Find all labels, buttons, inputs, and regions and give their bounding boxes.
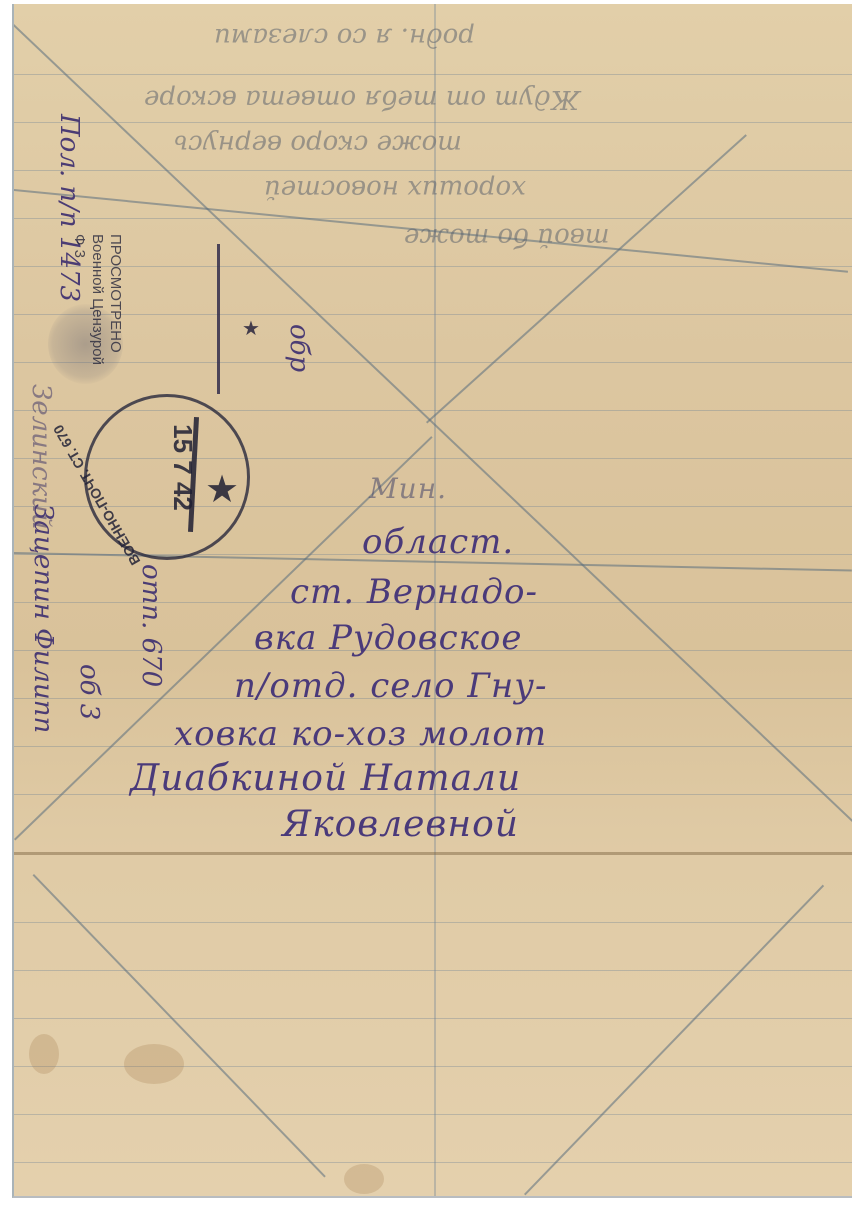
censor-stamp: ПРОСМОТРЕНО Военной Цензурой Ф 3 xyxy=(70,234,124,365)
letter-line: родн. я со слезами xyxy=(214,22,475,52)
censor-stamp-line: Военной Цензурой xyxy=(88,234,106,365)
ruled-line xyxy=(14,218,852,219)
ruled-line xyxy=(14,266,852,267)
letter-line: Ждут от тебя ответа вскоре xyxy=(144,84,580,114)
sender-line: Зацепин Филипп xyxy=(28,504,58,733)
stain xyxy=(124,1044,184,1084)
ruled-line xyxy=(14,362,852,363)
ruled-line xyxy=(14,74,852,75)
address-line: ховка ко-хоз молот xyxy=(174,714,547,754)
ruled-line xyxy=(14,922,852,923)
margin-note: обр xyxy=(284,324,314,372)
pen-stroke xyxy=(217,244,220,394)
star-icon: ★ xyxy=(242,316,260,341)
address-line: вка Рудовское xyxy=(254,618,523,658)
letter-line: хороших новостей xyxy=(264,174,526,204)
address-line: Мин. xyxy=(369,472,447,505)
ruled-line xyxy=(14,314,852,315)
fold-line-diagonal xyxy=(33,874,326,1177)
letter-line: твой бо тоже xyxy=(404,222,610,252)
address-line: ст. Вернадо- xyxy=(290,572,538,612)
censor-stamp-line: ПРОСМОТРЕНО xyxy=(106,234,124,365)
ruled-line xyxy=(14,1162,852,1163)
ruled-line xyxy=(14,970,852,971)
horizontal-fold-crease xyxy=(14,852,852,855)
postmark-ring-text: ВОЕННО-ПОЧТ. СТ. 670 xyxy=(50,422,143,568)
address-line: Диабкиной Натали xyxy=(130,758,521,799)
star-icon: ★ xyxy=(205,467,239,512)
stain xyxy=(29,1034,59,1074)
ruled-line xyxy=(14,170,852,171)
ruled-line xyxy=(14,1018,852,1019)
ruled-line xyxy=(14,1114,852,1115)
sender-line: об 3 xyxy=(74,664,104,720)
censor-stamp-line: Ф 3 xyxy=(70,234,88,365)
ruled-line xyxy=(14,122,852,123)
address-line: п/отд. село Гну- xyxy=(234,666,547,706)
stain xyxy=(344,1164,384,1194)
letter-line: тоже скоро вернусь xyxy=(174,129,462,159)
address-line: Яковлевной xyxy=(282,804,519,845)
letter-paper: родн. я со слезами Ждут от тебя ответа в… xyxy=(12,4,852,1198)
address-line: област. xyxy=(362,522,514,562)
sender-line: отп. 670 xyxy=(136,564,166,687)
fold-line-diagonal xyxy=(524,885,824,1195)
postmark: ВОЕННО-ПОЧТ. СТ. 670 15 7 42 ★ xyxy=(84,394,250,560)
